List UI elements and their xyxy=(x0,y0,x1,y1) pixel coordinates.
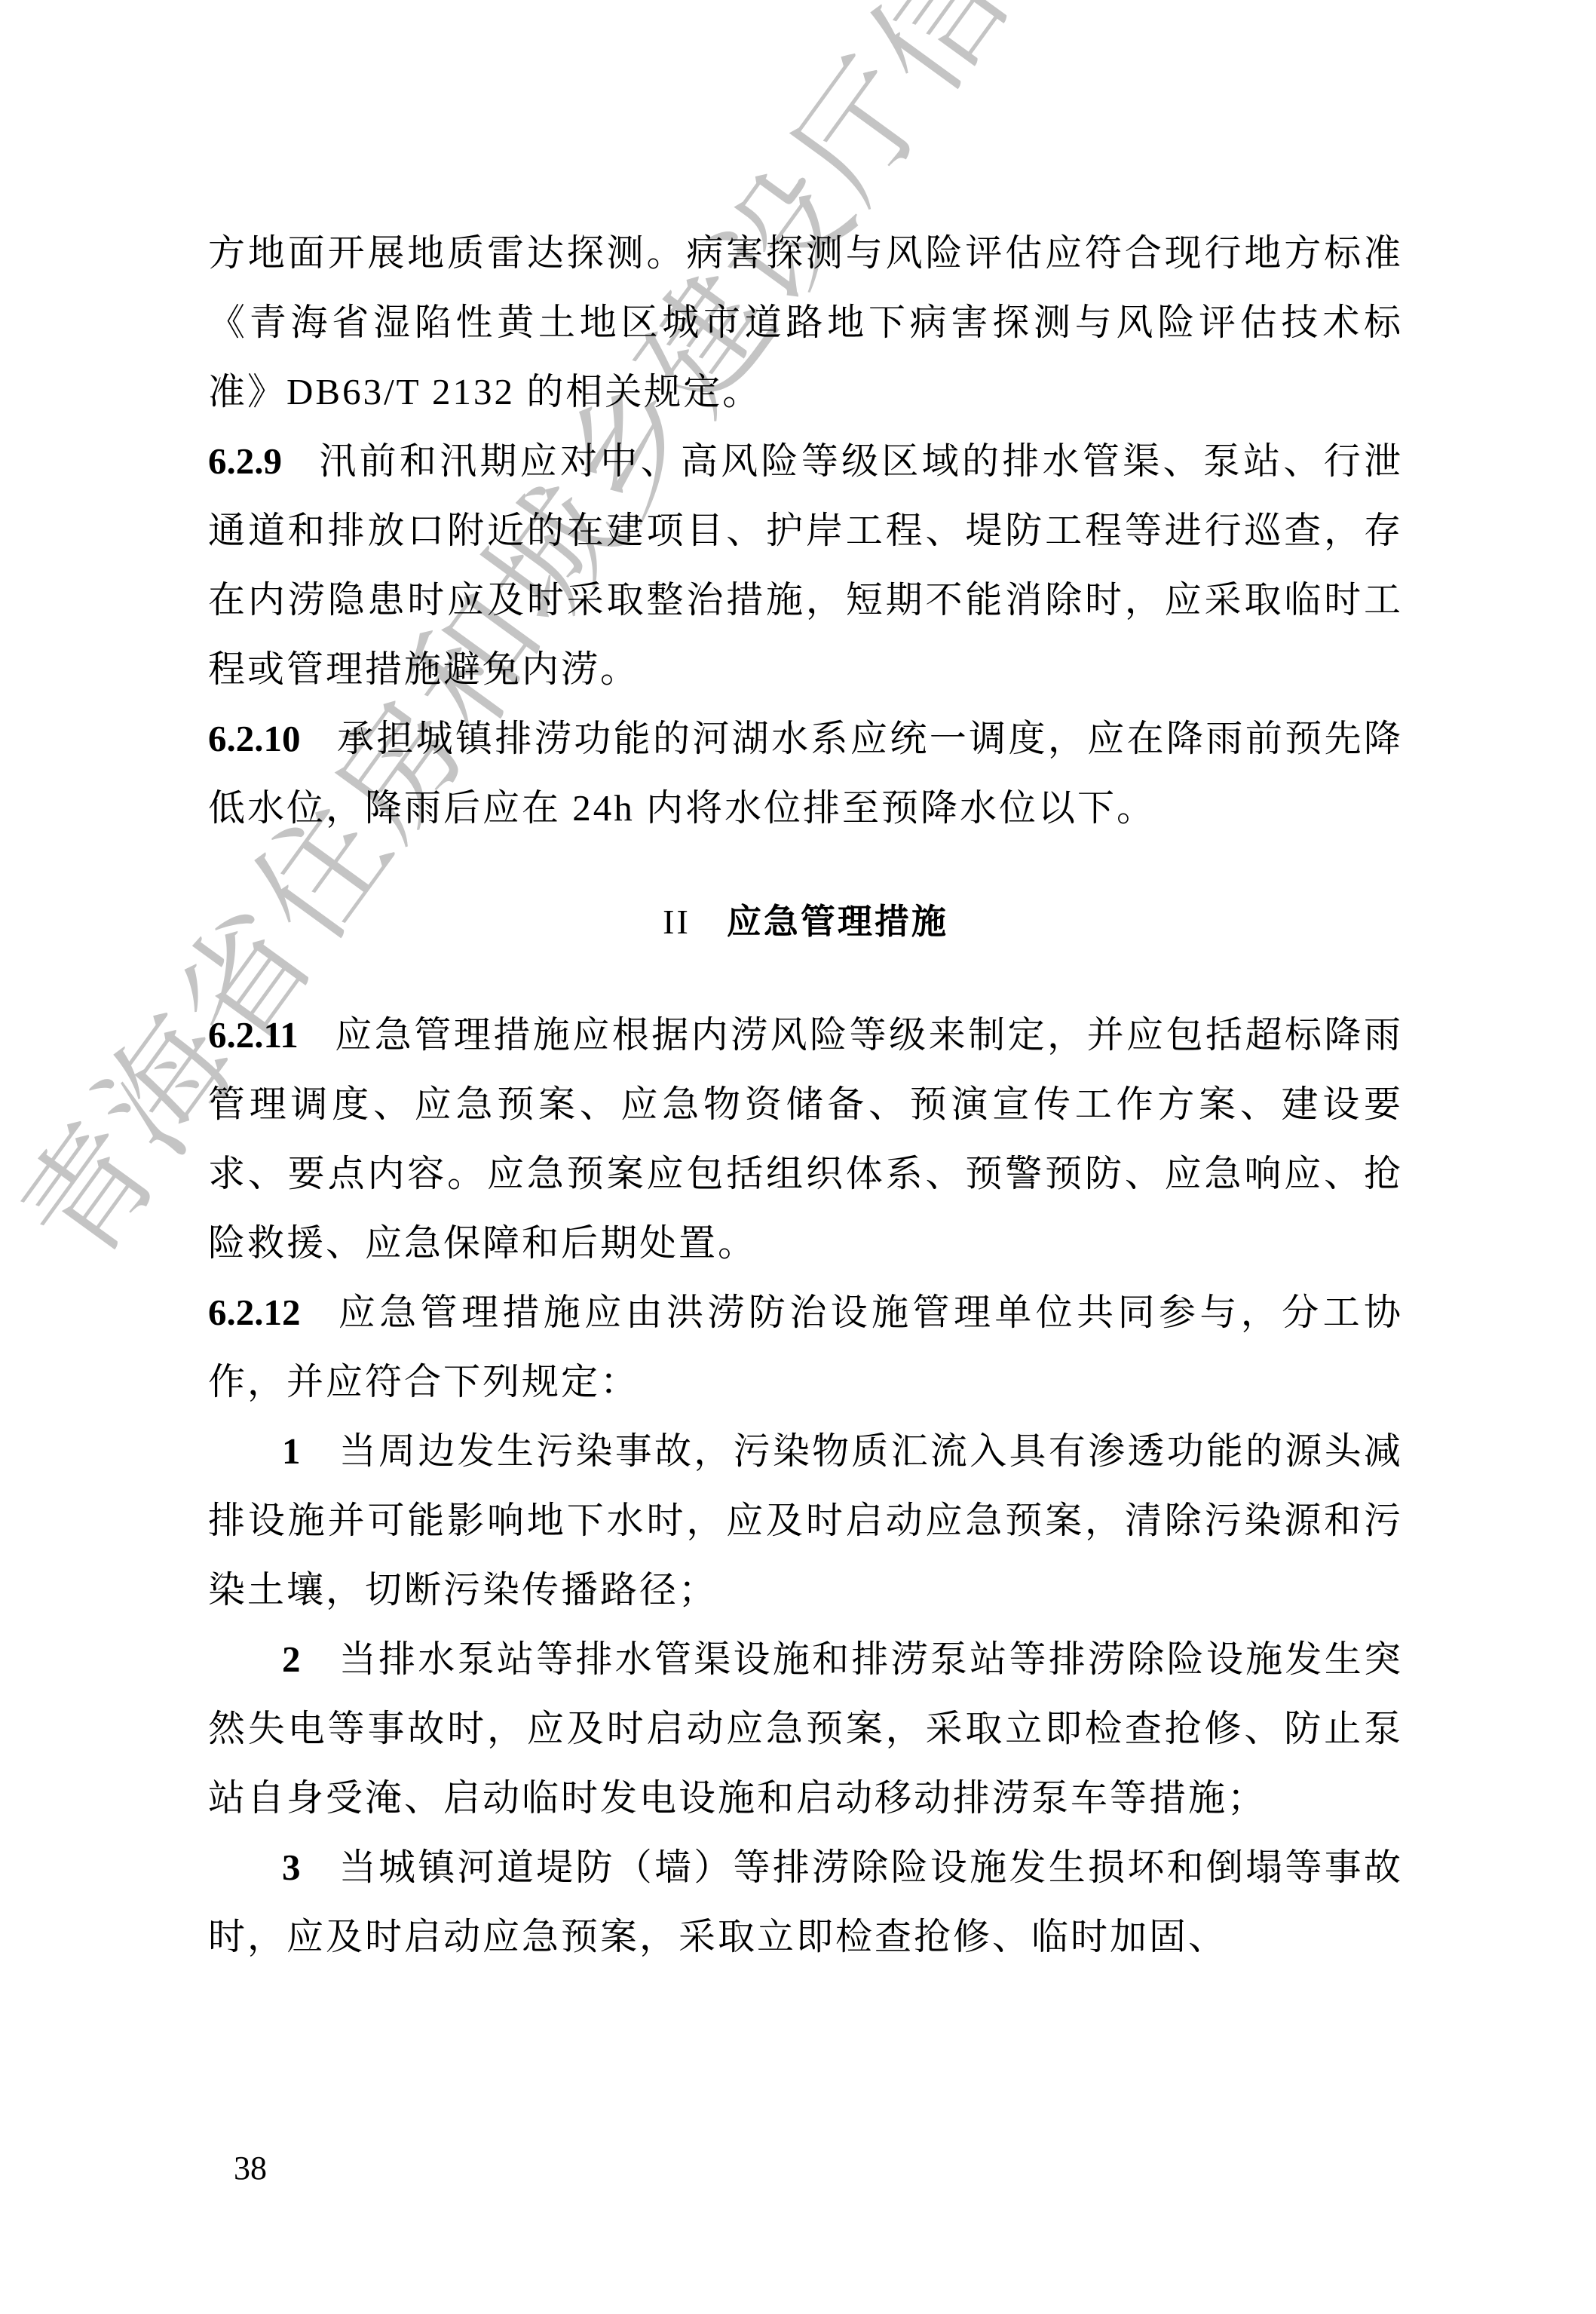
clause-number: 6.2.10 xyxy=(208,718,301,759)
section-roman-numeral: II xyxy=(663,903,691,941)
page-number: 38 xyxy=(234,2149,267,2187)
item-text: 当排水泵站等排水管渠设施和排涝泵站等排涝除险设施发生突然失电等事故时，应及时启动… xyxy=(208,1638,1403,1819)
clause-number: 6.2.11 xyxy=(208,1014,299,1056)
clause-6-2-12: 6.2.12应急管理措施应由洪涝防治设施管理单位共同参与，分工协作，并应符合下列… xyxy=(208,1278,1403,1417)
section-title: 应急管理措施 xyxy=(727,901,948,942)
clause-number: 6.2.12 xyxy=(208,1292,301,1333)
item-text: 当周边发生污染事故，污染物质汇流入具有渗透功能的源头减排设施并可能影响地下水时，… xyxy=(208,1430,1403,1611)
document-page: 青海省住房和城乡建设厅信息公开浏览专用 方地面开展地质雷达探测。病害探测与风险评… xyxy=(0,0,1596,2314)
clause-6-2-9: 6.2.9汛前和汛期应对中、高风险等级区域的排水管渠、泵站、行泄通道和排放口附近… xyxy=(208,427,1403,704)
list-item-1: 1当周边发生污染事故，污染物质汇流入具有渗透功能的源头减排设施并可能影响地下水时… xyxy=(208,1417,1403,1625)
item-number: 1 xyxy=(282,1430,303,1472)
item-text: 当城镇河道堤防（墙）等排涝除险设施发生损坏和倒塌等事故时，应及时启动应急预案，采… xyxy=(208,1847,1403,1957)
item-number: 3 xyxy=(282,1847,303,1888)
clause-text: 汛前和汛期应对中、高风险等级区域的排水管渠、泵站、行泄通道和排放口附近的在建项目… xyxy=(208,440,1403,690)
list-item-2: 2当排水泵站等排水管渠设施和排涝泵站等排涝除险设施发生突然失电等事故时，应及时启… xyxy=(208,1625,1403,1833)
clause-number: 6.2.9 xyxy=(208,440,282,482)
clause-text: 应急管理措施应根据内涝风险等级来制定，并应包括超标降雨管理调度、应急预案、应急物… xyxy=(208,1014,1403,1264)
document-body: 方地面开展地质雷达探测。病害探测与风险评估应符合现行地方标准《青海省湿陷性黄土地… xyxy=(208,219,1403,1972)
clause-text: 承担城镇排涝功能的河湖水系应统一调度，应在降雨前预先降低水位，降雨后应在 24h… xyxy=(208,718,1403,829)
continuation-paragraph: 方地面开展地质雷达探测。病害探测与风险评估应符合现行地方标准《青海省湿陷性黄土地… xyxy=(208,219,1403,427)
item-number: 2 xyxy=(282,1638,303,1680)
clause-6-2-10: 6.2.10承担城镇排涝功能的河湖水系应统一调度，应在降雨前预先降低水位，降雨后… xyxy=(208,704,1403,843)
clause-text: 应急管理措施应由洪涝防治设施管理单位共同参与，分工协作，并应符合下列规定： xyxy=(208,1292,1403,1402)
section-heading: II应急管理措施 xyxy=(208,887,1403,957)
clause-6-2-11: 6.2.11应急管理措施应根据内涝风险等级来制定，并应包括超标降雨管理调度、应急… xyxy=(208,1001,1403,1278)
list-item-3: 3当城镇河道堤防（墙）等排涝除险设施发生损坏和倒塌等事故时，应及时启动应急预案，… xyxy=(208,1833,1403,1972)
